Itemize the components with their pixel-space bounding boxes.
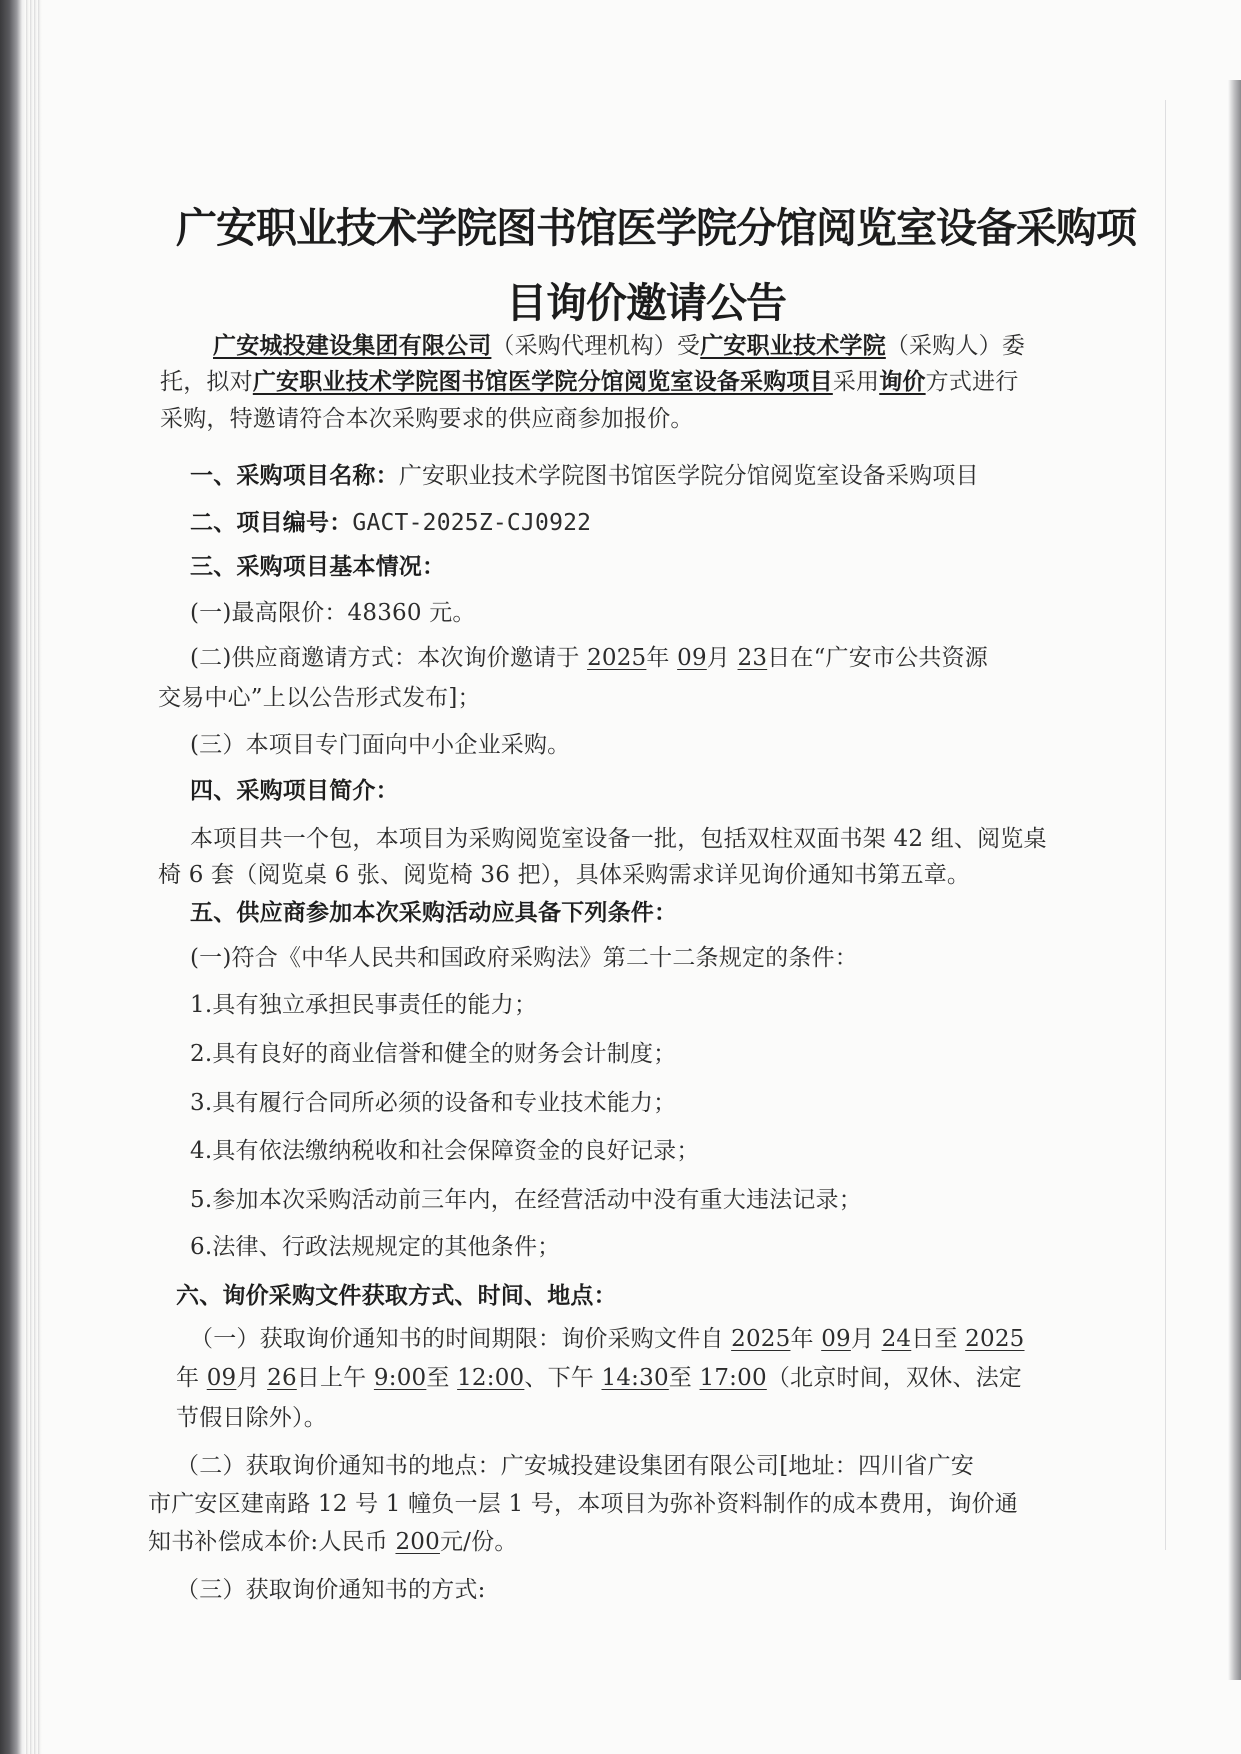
am-end: 12:00 [457,1365,524,1391]
section-6-item-1-line-3: 节假日除外）。 [176,1403,327,1433]
section-3-item-1: (一)最高限价：48360 元。 [190,598,476,628]
am-start: 9:00 [374,1365,426,1391]
section-5-intro: (一)符合《中华人民共和国政府采购法》第二十二条规定的条件： [190,943,858,973]
pm-start: 14:30 [602,1365,669,1391]
condition-item-2: 2.具有良好的商业信誉和健全的财务会计制度； [190,1039,676,1069]
section-3-item-3: (三）本项目专门面向中小企业采购。 [190,730,570,760]
pm-end: 17:00 [700,1365,767,1391]
section-1-label: 一、采购项目名称： [190,463,399,489]
condition-item-1: 1.具有独立承担民事责任的能力； [190,990,537,1020]
condition-item-6: 6.法律、行政法规规定的其他条件； [190,1232,560,1262]
invite-year: 2025 [587,645,646,671]
section-3-label: 三、采购项目基本情况： [190,552,445,582]
intro-line-1: 广安城投建设集团有限公司（采购代理机构）受广安职业技术学院（采购人）委 [213,331,1025,361]
section-5-label: 五、供应商参加本次采购活动应具备下列条件： [190,898,677,928]
section-6-item-1: （一）获取询价通知书的时间期限：询价采购文件自 2025年 09月 24日至 2… [190,1324,1025,1354]
purchaser-name: 广安职业技术学院 [700,333,886,359]
document-title-line1: 广安职业技术学院图书馆医学院分馆阅览室设备采购项 [176,195,1106,254]
end-day: 26 [267,1365,297,1391]
section-6-label: 六、询价采购文件获取方式、时间、地点： [176,1281,617,1311]
end-year: 2025 [965,1326,1024,1352]
section-3-item-2: (二)供应商邀请方式：本次询价邀请于 2025年 09月 23日在“广安市公共资… [190,643,988,673]
section-2-label: 二、项目编号： [190,510,352,536]
project-name-underlined: 广安职业技术学院图书馆医学院分馆阅览室设备采购项目 [253,369,833,395]
section-4-line-1: 本项目共一个包，本项目为采购阅览室设备一批，包括双柱双面书架 42 组、阅览桌 [190,824,1047,854]
condition-item-4: 4.具有依法缴纳税收和社会保障资金的良好记录； [190,1136,700,1166]
section-6-item-3: （三）获取询价通知书的方式: [176,1575,486,1605]
invite-month: 09 [677,645,707,671]
start-day: 24 [882,1326,912,1352]
agency-name: 广安城投建设集团有限公司 [213,333,491,359]
section-1-value: 广安职业技术学院图书馆医学院分馆阅览室设备采购项目 [399,463,979,489]
document-page: 广安职业技术学院图书馆医学院分馆阅览室设备采购项 目询价邀请公告 广安城投建设集… [0,0,1241,1754]
section-6-item-2-line-3: 知书补偿成本价:人民币 200元/份。 [148,1527,518,1557]
procurement-method: 询价 [879,369,925,395]
end-month: 09 [207,1365,237,1391]
invite-day: 23 [738,645,768,671]
section-4-label: 四、采购项目简介： [190,776,399,806]
document-fee: 200 [395,1529,440,1555]
condition-item-3: 3.具有履行合同所必须的设备和专业技术能力； [190,1088,676,1118]
intro-line-2: 托，拟对广安职业技术学院图书馆医学院分馆阅览室设备采购项目采用询价方式进行 [160,367,1018,397]
section-2: 二、项目编号：GACT-2025Z-CJ0922 [190,508,591,538]
section-3-item-2-line-2: 交易中心”上以公告形式发布]； [158,683,481,713]
start-year: 2025 [731,1326,790,1352]
project-number: GACT-2025Z-CJ0922 [352,510,591,536]
section-4-line-2: 椅 6 套（阅览桌 6 张、阅览椅 36 把），具体采购需求详见询价通知书第五章… [158,860,970,890]
condition-item-5: 5.参加本次采购活动前三年内，在经营活动中没有重大违法记录； [190,1185,862,1215]
section-6-item-1-line-2: 年 09月 26日上午 9:00至 12:00、下午 14:30至 17:00（… [176,1363,1022,1393]
section-1: 一、采购项目名称：广安职业技术学院图书馆医学院分馆阅览室设备采购项目 [190,461,979,491]
document-title-line2: 目询价邀请公告 [506,270,1241,329]
section-6-item-2-line-1: （二）获取询价通知书的地点：广安城投建设集团有限公司[地址：四川省广安 [176,1451,974,1481]
max-price: 48360 元。 [348,600,476,626]
intro-line-3: 采购，特邀请符合本次采购要求的供应商参加报价。 [160,404,694,434]
section-6-item-2-line-2: 市广安区建南路 12 号 1 幢负一层 1 号，本项目为弥补资料制作的成本费用，… [148,1489,1018,1519]
start-month: 09 [821,1326,851,1352]
